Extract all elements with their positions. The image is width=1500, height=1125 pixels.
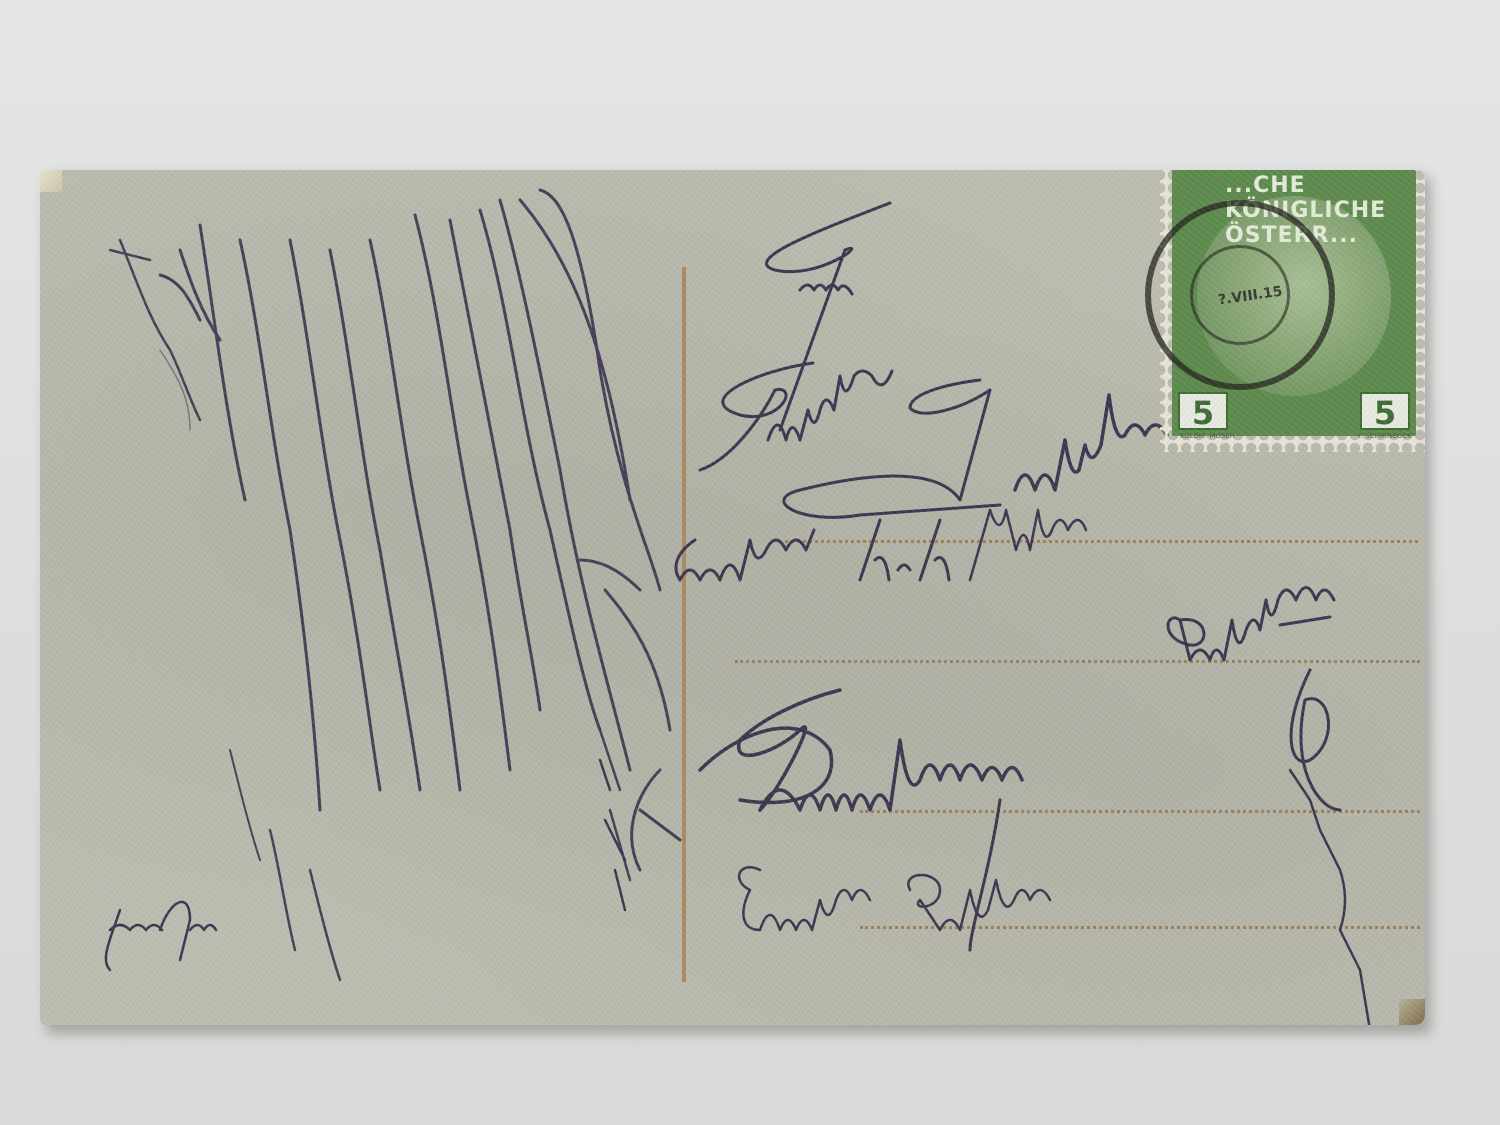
stamp-credit-right: F. SCHIRNBÖCK: [1358, 432, 1412, 440]
stamp-credit-left: KOLOM. MOSER: [1180, 432, 1235, 440]
stamp-value-left: 5: [1178, 392, 1228, 430]
stamp-value-right: 5: [1360, 392, 1410, 430]
postcard: Herrn Ladislaw Zemlička Wirtschaft k.u.k…: [40, 170, 1425, 1025]
